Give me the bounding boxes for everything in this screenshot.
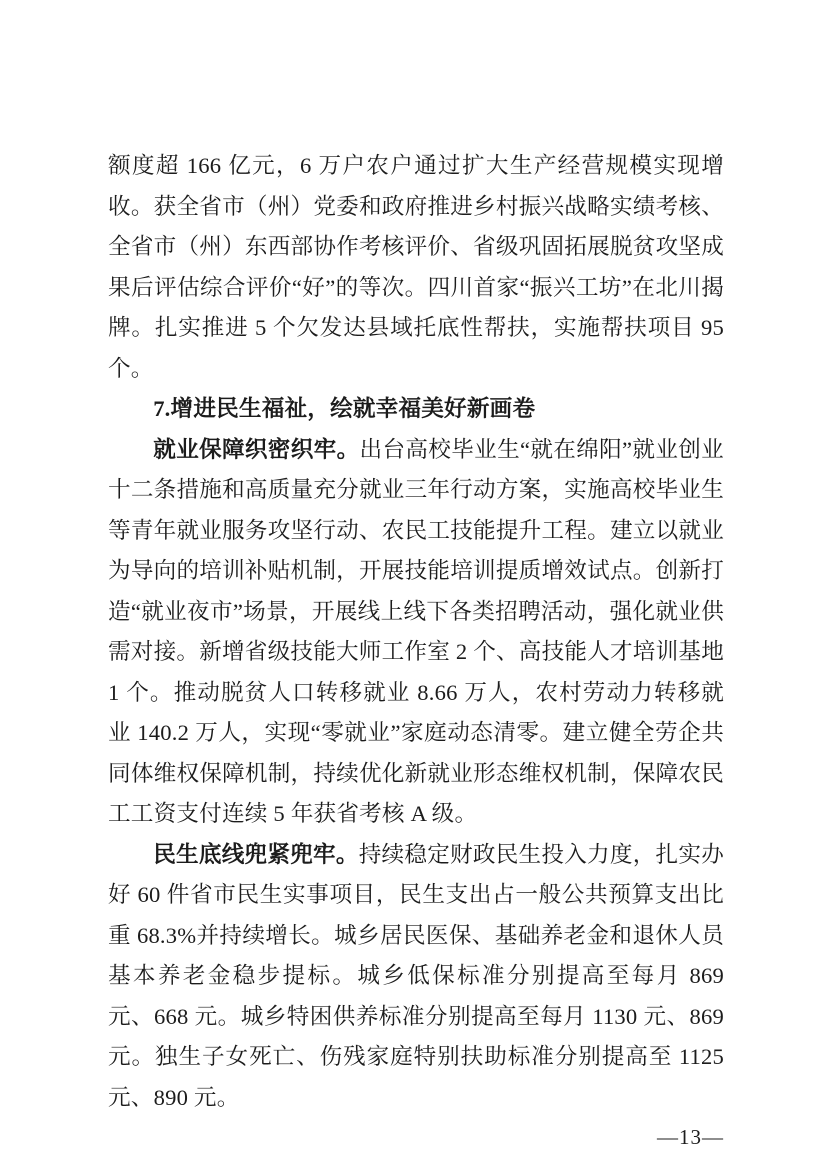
page-number: —13— xyxy=(657,1125,724,1149)
document-page: { "page": { "number_label": "—13—" }, "c… xyxy=(0,0,826,1169)
section-heading: 7.增进民生福祉，绘就幸福美好新画卷 xyxy=(108,389,724,430)
paragraph-employment: 就业保障织密织牢。出台高校毕业生“就在绵阳”就业创业十二条措施和高质量充分就业三… xyxy=(108,430,724,835)
paragraph-livelihood: 民生底线兜紧兜牢。持续稳定财政民生投入力度，扎实办好 60 件省市民生实事项目，… xyxy=(108,835,724,1119)
paragraph-continuation: 额度超 166 亿元，6 万户农户通过扩大生产经营规模实现增收。获全省市（州）党… xyxy=(108,146,724,389)
page-content: 额度超 166 亿元，6 万户农户通过扩大生产经营规模实现增收。获全省市（州）党… xyxy=(108,146,724,1154)
paragraph-livelihood-lead: 民生底线兜紧兜牢。 xyxy=(153,842,359,867)
paragraph-employment-body: 出台高校毕业生“就在绵阳”就业创业十二条措施和高质量充分就业三年行动方案，实施高… xyxy=(108,437,724,827)
paragraph-livelihood-body: 持续稳定财政民生投入力度，扎实办好 60 件省市民生实事项目，民生支出占一般公共… xyxy=(108,842,724,1110)
paragraph-employment-lead: 就业保障织密织牢。 xyxy=(153,437,359,462)
page-footer: —13— xyxy=(108,1120,724,1154)
